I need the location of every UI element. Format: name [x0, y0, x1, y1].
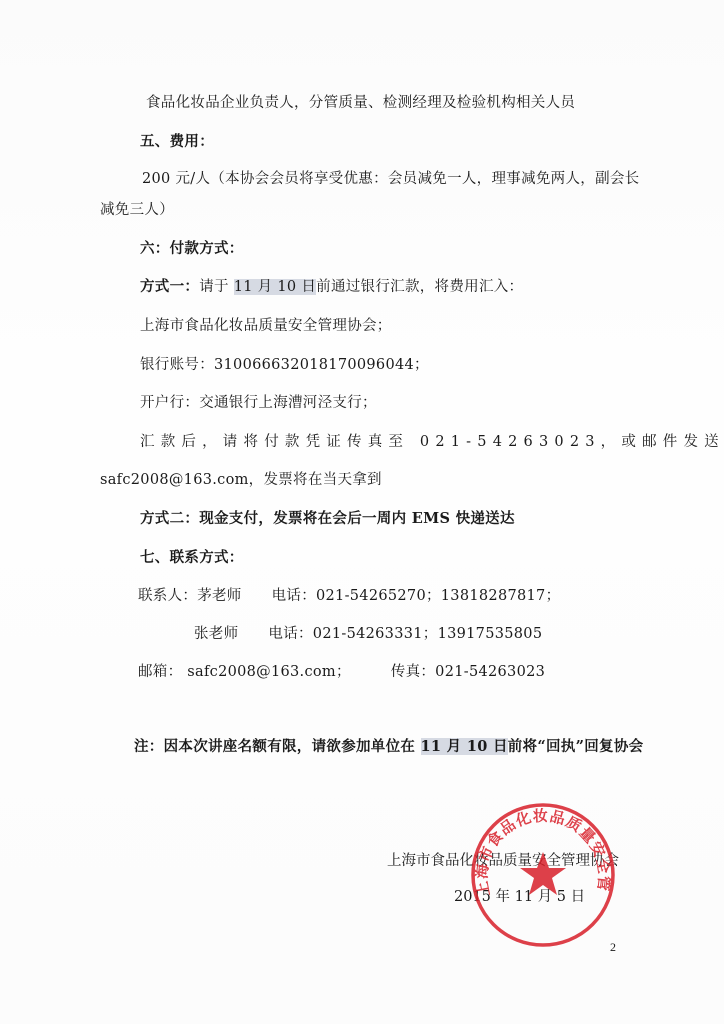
section-7-heading: 七、联系方式：	[140, 548, 244, 568]
email: 邮箱： safc2008@163.com；	[138, 664, 351, 680]
email-fax-row: 邮箱： safc2008@163.com；传真：021-54263023	[138, 662, 545, 682]
official-seal-icon: 上海市食品化妆品质量安全管理协会	[468, 800, 618, 950]
note-highlighted-date: 11 月 10 日	[421, 738, 508, 755]
after-payment-line-1: 汇款后，请将付款凭证传真至 021-54263023，或邮件发送至	[140, 432, 724, 452]
contact-name: 茅老师	[197, 588, 241, 604]
contact-row-2: 张老师电话：021-54263331；13917535805	[194, 624, 542, 644]
account-name: 上海市食品化妆品质量安全管理协会；	[140, 316, 392, 336]
section-6-heading: 六：付款方式：	[140, 239, 244, 259]
intro-line: 食品化妆品企业负责人，分管质量、检测经理及检验机构相关人员	[146, 93, 575, 113]
contact-phone: 电话：021-54265270；13818287817；	[272, 588, 561, 604]
contact-name: 张老师	[194, 626, 238, 642]
highlighted-date: 11 月 10 日	[234, 279, 316, 295]
account-number: 银行账号：31006663201817009604​4；	[140, 355, 429, 375]
method-1-label: 方式一：	[140, 278, 199, 295]
fee-line-2: 减免三人）	[100, 200, 174, 220]
section-5-heading: 五、费用：	[140, 132, 214, 152]
method-1-text-after: 前通过银行汇款，将费用汇入：	[316, 279, 523, 295]
payment-method-1: 方式一：请于 11 月 10 日前通过银行汇款，将费用汇入：	[140, 277, 523, 297]
registration-note: 注：因本次讲座名额有限，请欲参加单位在 11 月 10 日前将“回执”回复协会	[134, 737, 643, 757]
contact-phone: 电话：021-54263331；13917535805	[268, 626, 542, 642]
note-text-before: 注：因本次讲座名额有限，请欲参加单位在	[134, 738, 421, 755]
note-text-after: 前将“回执”回复协会	[508, 738, 644, 755]
fee-line-1: 200 元/人（本协会会员将享受优惠：会员减免一人，理事减免两人，副会长	[142, 169, 639, 189]
payment-method-2: 方式二：现金支付，发票将在会后一周内 EMS 快递送达	[140, 509, 515, 529]
fax: 传真：021-54263023	[391, 664, 545, 680]
after-payment-line-2: safc2008@163.com，发票将在当天拿到	[100, 470, 382, 490]
contact-row-1: 联系人：茅老师电话：021-54265270；13818287817；	[138, 586, 560, 606]
method-1-text-before: 请于	[199, 279, 234, 295]
contact-prefix: 联系人：	[138, 588, 197, 604]
bank-branch: 开户行：交通银行上海漕河泾支行；	[140, 393, 377, 413]
document-page: 食品化妆品企业负责人，分管质量、检测经理及检验机构相关人员 五、费用： 200 …	[0, 0, 724, 1024]
